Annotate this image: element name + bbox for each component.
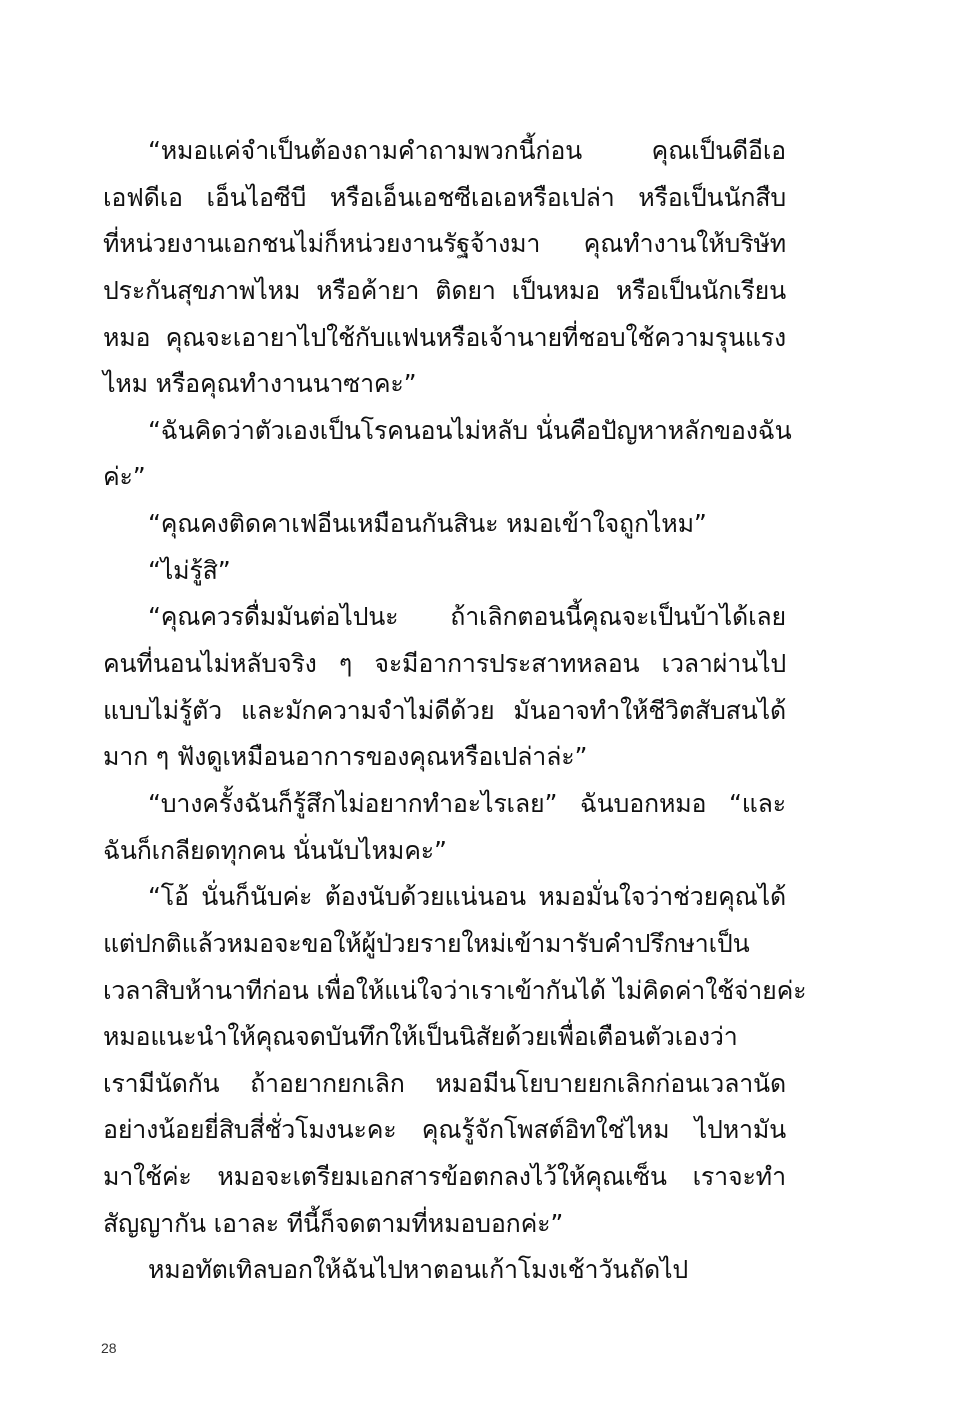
text-line: สัญญากัน เอาละ ทีนี้ก็จดตามที่หมอบอกค่ะ”	[103, 1201, 786, 1248]
text-line: ฉันก็เกลียดทุกคน นั่นนับไหมคะ”	[103, 828, 786, 875]
text-line: ที่หน่วยงานเอกชนไม่ก็หน่วยงานรัฐจ้างมา ค…	[103, 221, 786, 268]
text-line: แบบไม่รู้ตัว และมักความจำไม่ดีด้วย มันอา…	[103, 688, 786, 735]
text-line: มาก ๆ ฟังดูเหมือนอาการของคุณหรือเปล่าล่ะ…	[103, 734, 786, 781]
text-line: ประกันสุขภาพไหม หรือค้ายา ติดยา เป็นหมอ …	[103, 268, 786, 315]
text-line: หมอแนะนำให้คุณจดบันทึกให้เป็นนิสัยด้วยเพ…	[103, 1014, 786, 1061]
text-line: แต่ปกติแล้วหมอจะขอให้ผู้ป่วยรายใหม่เข้าม…	[103, 921, 786, 968]
text-line: “ไม่รู้สิ”	[103, 548, 786, 595]
text-line: “คุณคงติดคาเฟอีนเหมือนกันสินะ หมอเข้าใจถ…	[103, 501, 786, 548]
book-page: “หมอแค่จำเป็นต้องถามคำถามพวกนี้ก่อน คุณเ…	[0, 0, 967, 1407]
body-text: “หมอแค่จำเป็นต้องถามคำถามพวกนี้ก่อน คุณเ…	[103, 128, 786, 1294]
text-line: ไหม หรือคุณทำงานนาซาคะ”	[103, 361, 786, 408]
page-number: 28	[101, 1340, 117, 1356]
text-line: เวลาสิบห้านาทีก่อน เพื่อให้แน่ใจว่าเราเข…	[103, 968, 786, 1015]
text-line: เอฟดีเอ เอ็นไอซีบี หรือเอ็นเอชซีเอเอหรือ…	[103, 175, 786, 222]
text-line: หมอทัตเทิลบอกให้ฉันไปหาตอนเก้าโมงเช้าวัน…	[103, 1247, 786, 1294]
text-line: เรามีนัดกัน ถ้าอยากยกเลิก หมอมีนโยบายยกเ…	[103, 1061, 786, 1108]
text-line: คนที่นอนไม่หลับจริง ๆ จะมีอาการประสาทหลอ…	[103, 641, 786, 688]
text-line: “คุณควรดื่มมันต่อไปนะ ถ้าเลิกตอนนี้คุณจะ…	[103, 594, 786, 641]
text-line: ค่ะ”	[103, 454, 786, 501]
text-line: “โอ้ นั่นก็นับค่ะ ต้องนับด้วยแน่นอน หมอม…	[103, 874, 786, 921]
text-line: อย่างน้อยยี่สิบสี่ชั่วโมงนะคะ คุณรู้จักโ…	[103, 1107, 786, 1154]
text-line: “หมอแค่จำเป็นต้องถามคำถามพวกนี้ก่อน คุณเ…	[103, 128, 786, 175]
text-line: หมอ คุณจะเอายาไปใช้กับแฟนหรือเจ้านายที่ช…	[103, 315, 786, 362]
text-line: “ฉันคิดว่าตัวเองเป็นโรคนอนไม่หลับ นั่นคื…	[103, 408, 786, 455]
text-line: มาใช้ค่ะ หมอจะเตรียมเอกสารข้อตกลงไว้ให้ค…	[103, 1154, 786, 1201]
text-line: “บางครั้งฉันก็รู้สึกไม่อยากทำอะไรเลย” ฉั…	[103, 781, 786, 828]
